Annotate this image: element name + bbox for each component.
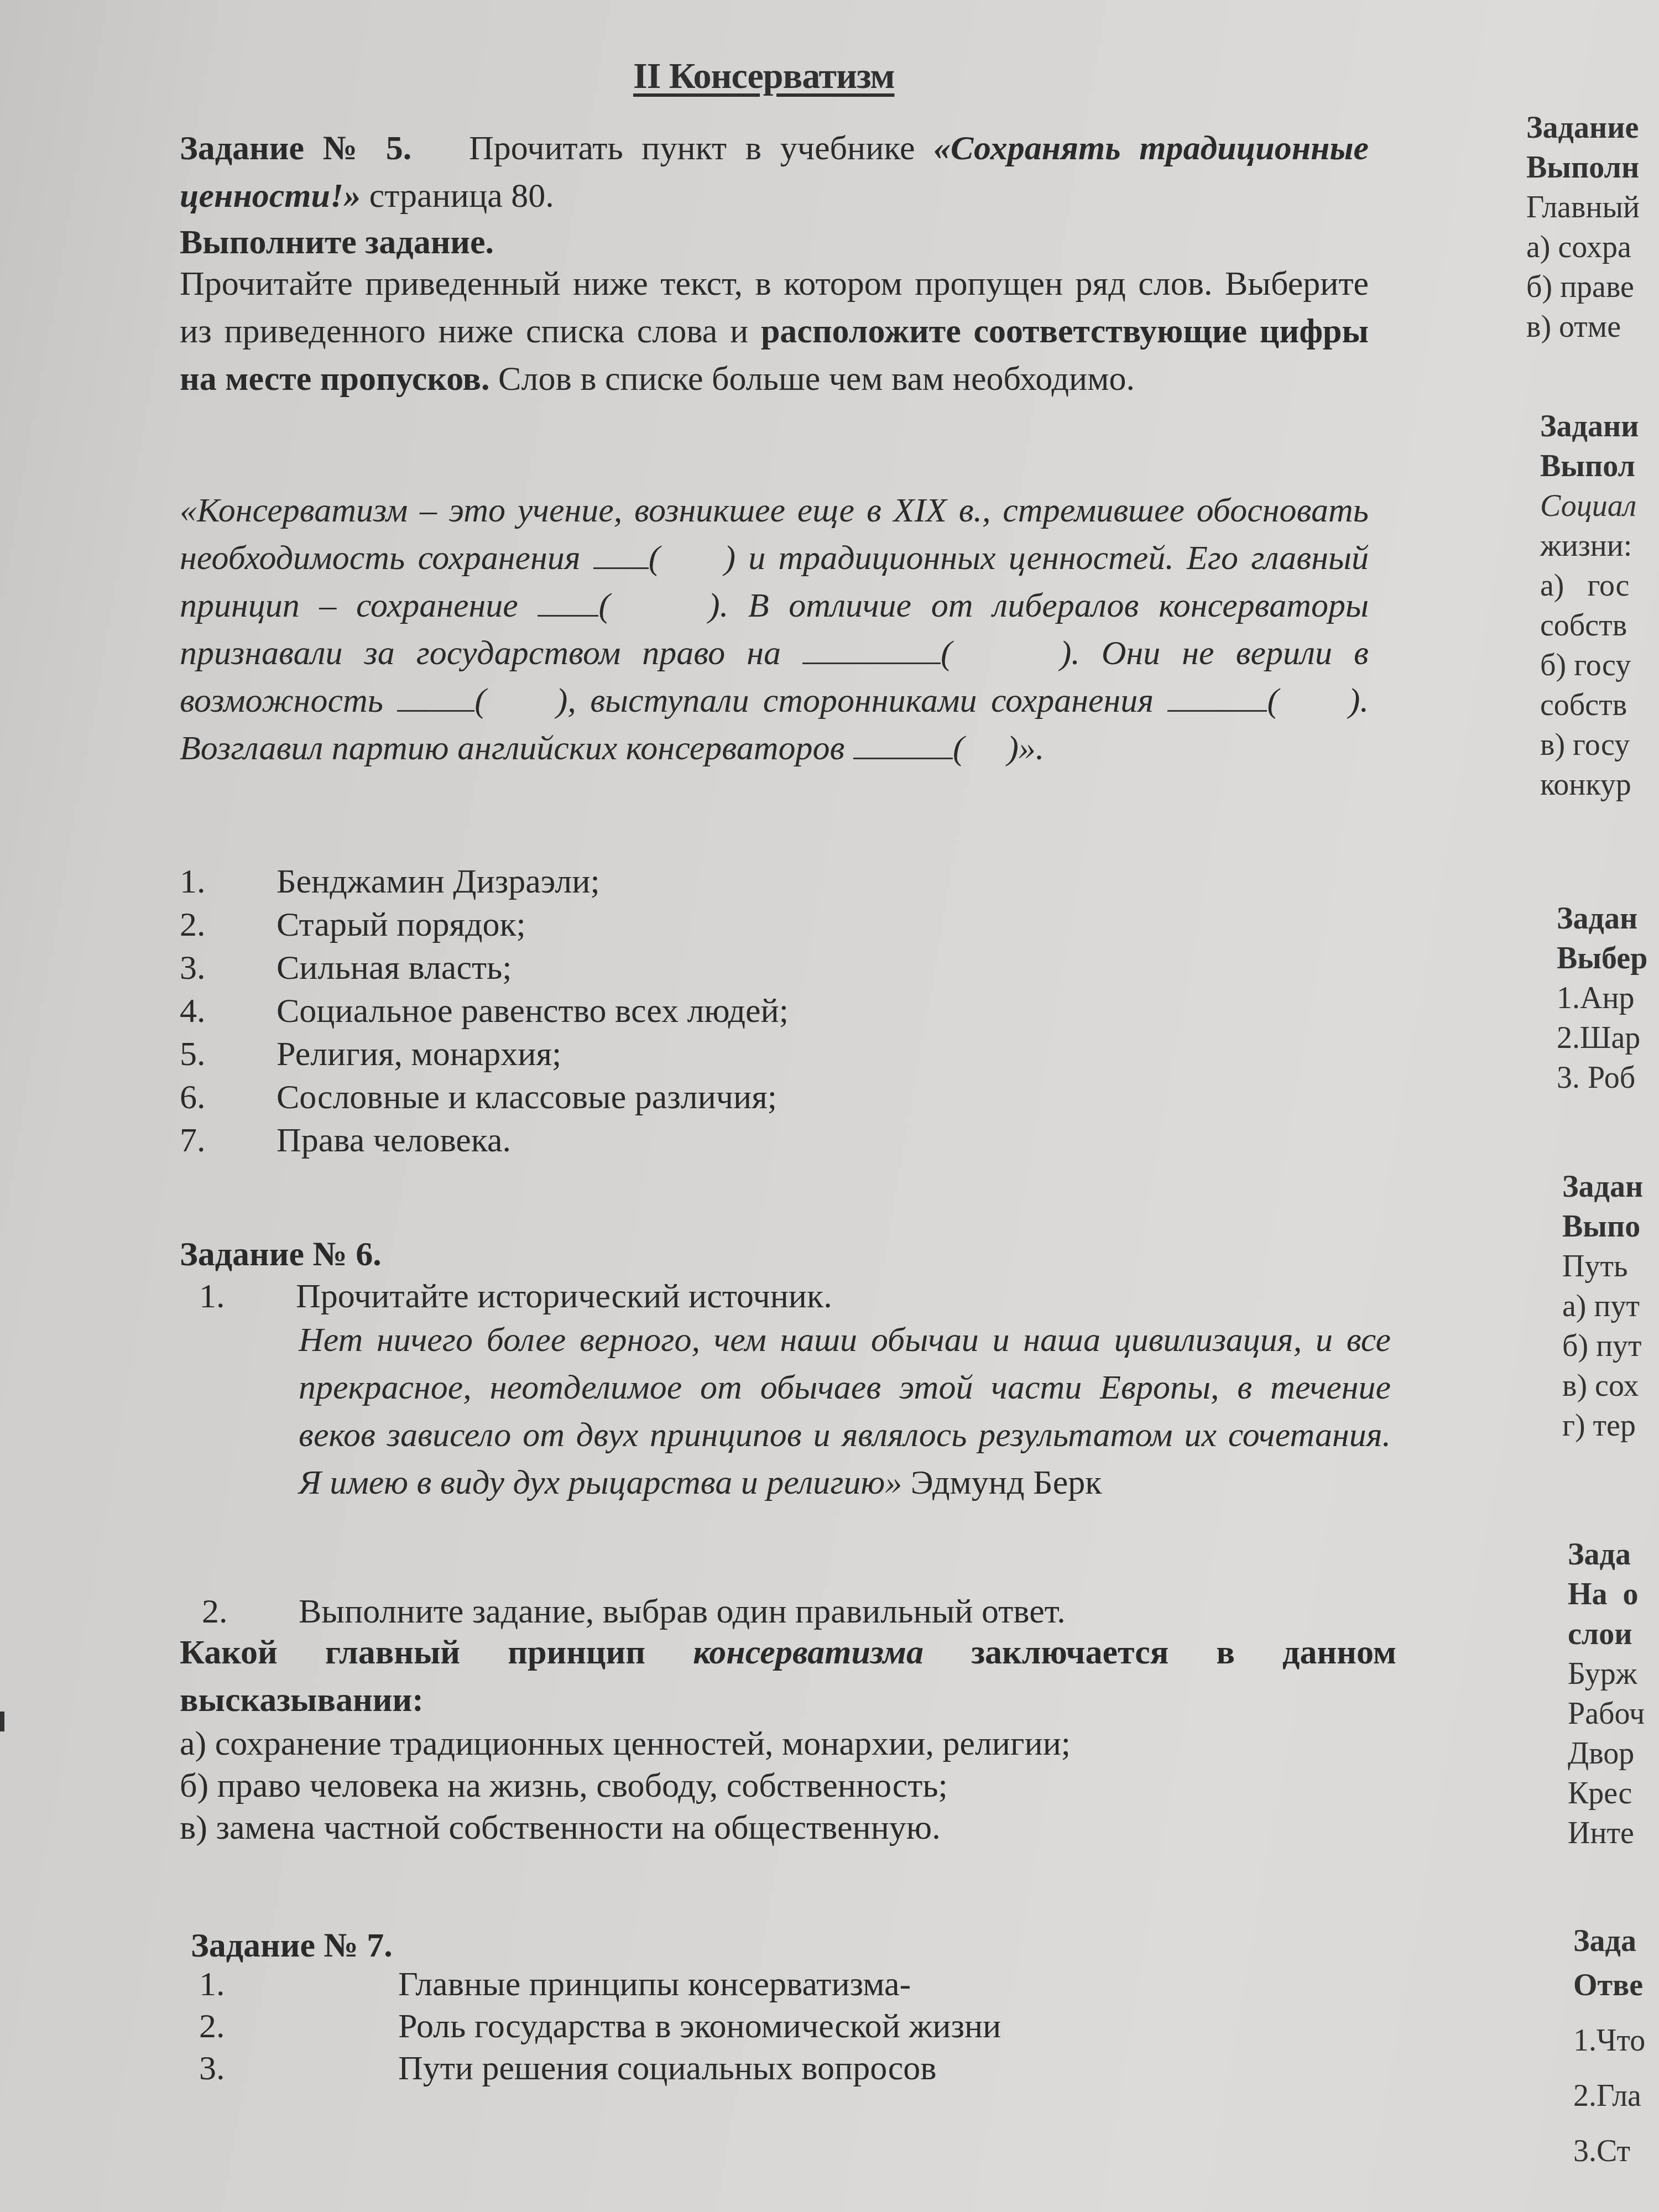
blank-2-number[interactable]: ( ) — [598, 587, 719, 624]
answer-options: а) сохранение традиционных ценностей, мо… — [180, 1723, 1071, 1849]
task7-item: 1.Главные принципы консерватизма- — [199, 1963, 1001, 2005]
right-group-6: Зада Отве 1.Что 2.Гла 3.Ст — [1573, 1919, 1645, 2173]
page-reference: страница 80. — [369, 177, 554, 215]
word-list-item: 4.Социальное равенство всех людей; — [180, 989, 789, 1032]
quote-author: Эдмунд Берк — [911, 1464, 1102, 1501]
instruction-text-end: Слов в списке больше чем вам необходимо. — [490, 360, 1135, 398]
task7-list: 1.Главные принципы консерватизма- 2.Роль… — [199, 1963, 1001, 2089]
task6-heading: Задание № 6. — [180, 1230, 1369, 1278]
blank-6[interactable] — [853, 731, 953, 759]
answer-option-a[interactable]: а) сохранение традиционных ценностей, мо… — [180, 1723, 1071, 1765]
task5-intro-text: Прочитать пункт в учебнике — [469, 129, 915, 167]
task5-heading: Задание № 5. — [180, 129, 411, 167]
margin-mark — [0, 1712, 4, 1731]
fill-blank-passage: «Консерватизм – это учение, возникшее ещ… — [180, 487, 1369, 772]
word-list-item: 3.Сильная власть; — [180, 946, 789, 989]
word-list-item: 7.Права человека. — [180, 1119, 789, 1162]
blank-3-number[interactable]: ( ) — [941, 634, 1071, 672]
historical-source-quote: Нет ничего более верного, чем наши обыча… — [299, 1316, 1391, 1506]
worksheet-page: II Консерватизм Задание № 5. Прочитать п… — [0, 0, 1460, 2212]
page-title: II Консерватизм — [633, 55, 895, 97]
task6-item-1: 1.Прочитайте исторический источник. — [199, 1275, 832, 1318]
word-list-item: 2.Старый порядок; — [180, 903, 789, 946]
task7-item: 2.Роль государства в экономической жизни — [199, 2005, 1001, 2047]
task5-intro: Задание № 5. Прочитать пункт в учебнике … — [180, 124, 1369, 220]
right-group-1: Задание Выполн Главный а) сохра б) праве… — [1526, 108, 1640, 347]
right-group-4: Задан Выпо Путь а) пут б) пут в) сох г) … — [1562, 1167, 1643, 1446]
adjacent-page-fragment: Задание Выполн Главный а) сохра б) праве… — [1526, 0, 1659, 2212]
blank-4-number[interactable]: ( ) — [474, 682, 567, 719]
right-group-5: Зада На о слои Бурж Рабоч Двор Крес Инте — [1568, 1535, 1645, 1853]
word-list-item: 5.Религия, монархия; — [180, 1032, 789, 1076]
blank-1-number[interactable]: ( ) — [649, 539, 735, 577]
blank-1[interactable] — [593, 541, 649, 569]
blank-5-number[interactable]: ( ) — [1267, 682, 1360, 719]
task6-item-2-text: Выполните задание, выбрав один правильны… — [299, 1590, 1066, 1633]
passage-end: ». — [1019, 729, 1045, 767]
blank-6-number[interactable]: ( ) — [953, 729, 1019, 767]
right-group-3: Задан Выбер 1.Анр 2.Шар 3. Роб — [1557, 899, 1647, 1098]
word-list: 1.Бенджамин Дизраэли; 2.Старый порядок; … — [180, 860, 789, 1162]
answer-option-c[interactable]: в) замена частной собственности на общес… — [180, 1807, 1071, 1849]
task6-question: Какой главный принцип консерватизма закл… — [180, 1629, 1396, 1724]
blank-4[interactable] — [397, 684, 474, 712]
task5-instruction: Прочитайте приведенный ниже текст, в кот… — [180, 260, 1369, 403]
task7-item: 3.Пути решения социальных вопросов — [199, 2047, 1001, 2089]
blank-3[interactable] — [802, 636, 941, 664]
blank-2[interactable] — [538, 588, 598, 617]
passage-sentence: , выступали сторонниками сохранения — [567, 682, 1154, 719]
task6-item-1-text: Прочитайте исторический источник. — [296, 1275, 832, 1318]
task6-item-2: 2.Выполните задание, выбрав один правиль… — [202, 1590, 1066, 1633]
answer-option-b[interactable]: б) право человека на жизнь, свободу, соб… — [180, 1765, 1071, 1807]
word-list-item: 1.Бенджамин Дизраэли; — [180, 860, 789, 903]
task7-heading: Задание № 7. — [191, 1922, 1380, 1969]
blank-5[interactable] — [1167, 684, 1267, 712]
task5-instruction-heading: Выполните задание. — [180, 218, 1369, 266]
quote-text: Нет ничего более верного, чем наши обыча… — [299, 1321, 1391, 1501]
word-list-item: 6.Сословные и классовые различия; — [180, 1076, 789, 1119]
right-group-2: Задани Выпол Социал жизни: а) гос собств… — [1540, 406, 1639, 805]
